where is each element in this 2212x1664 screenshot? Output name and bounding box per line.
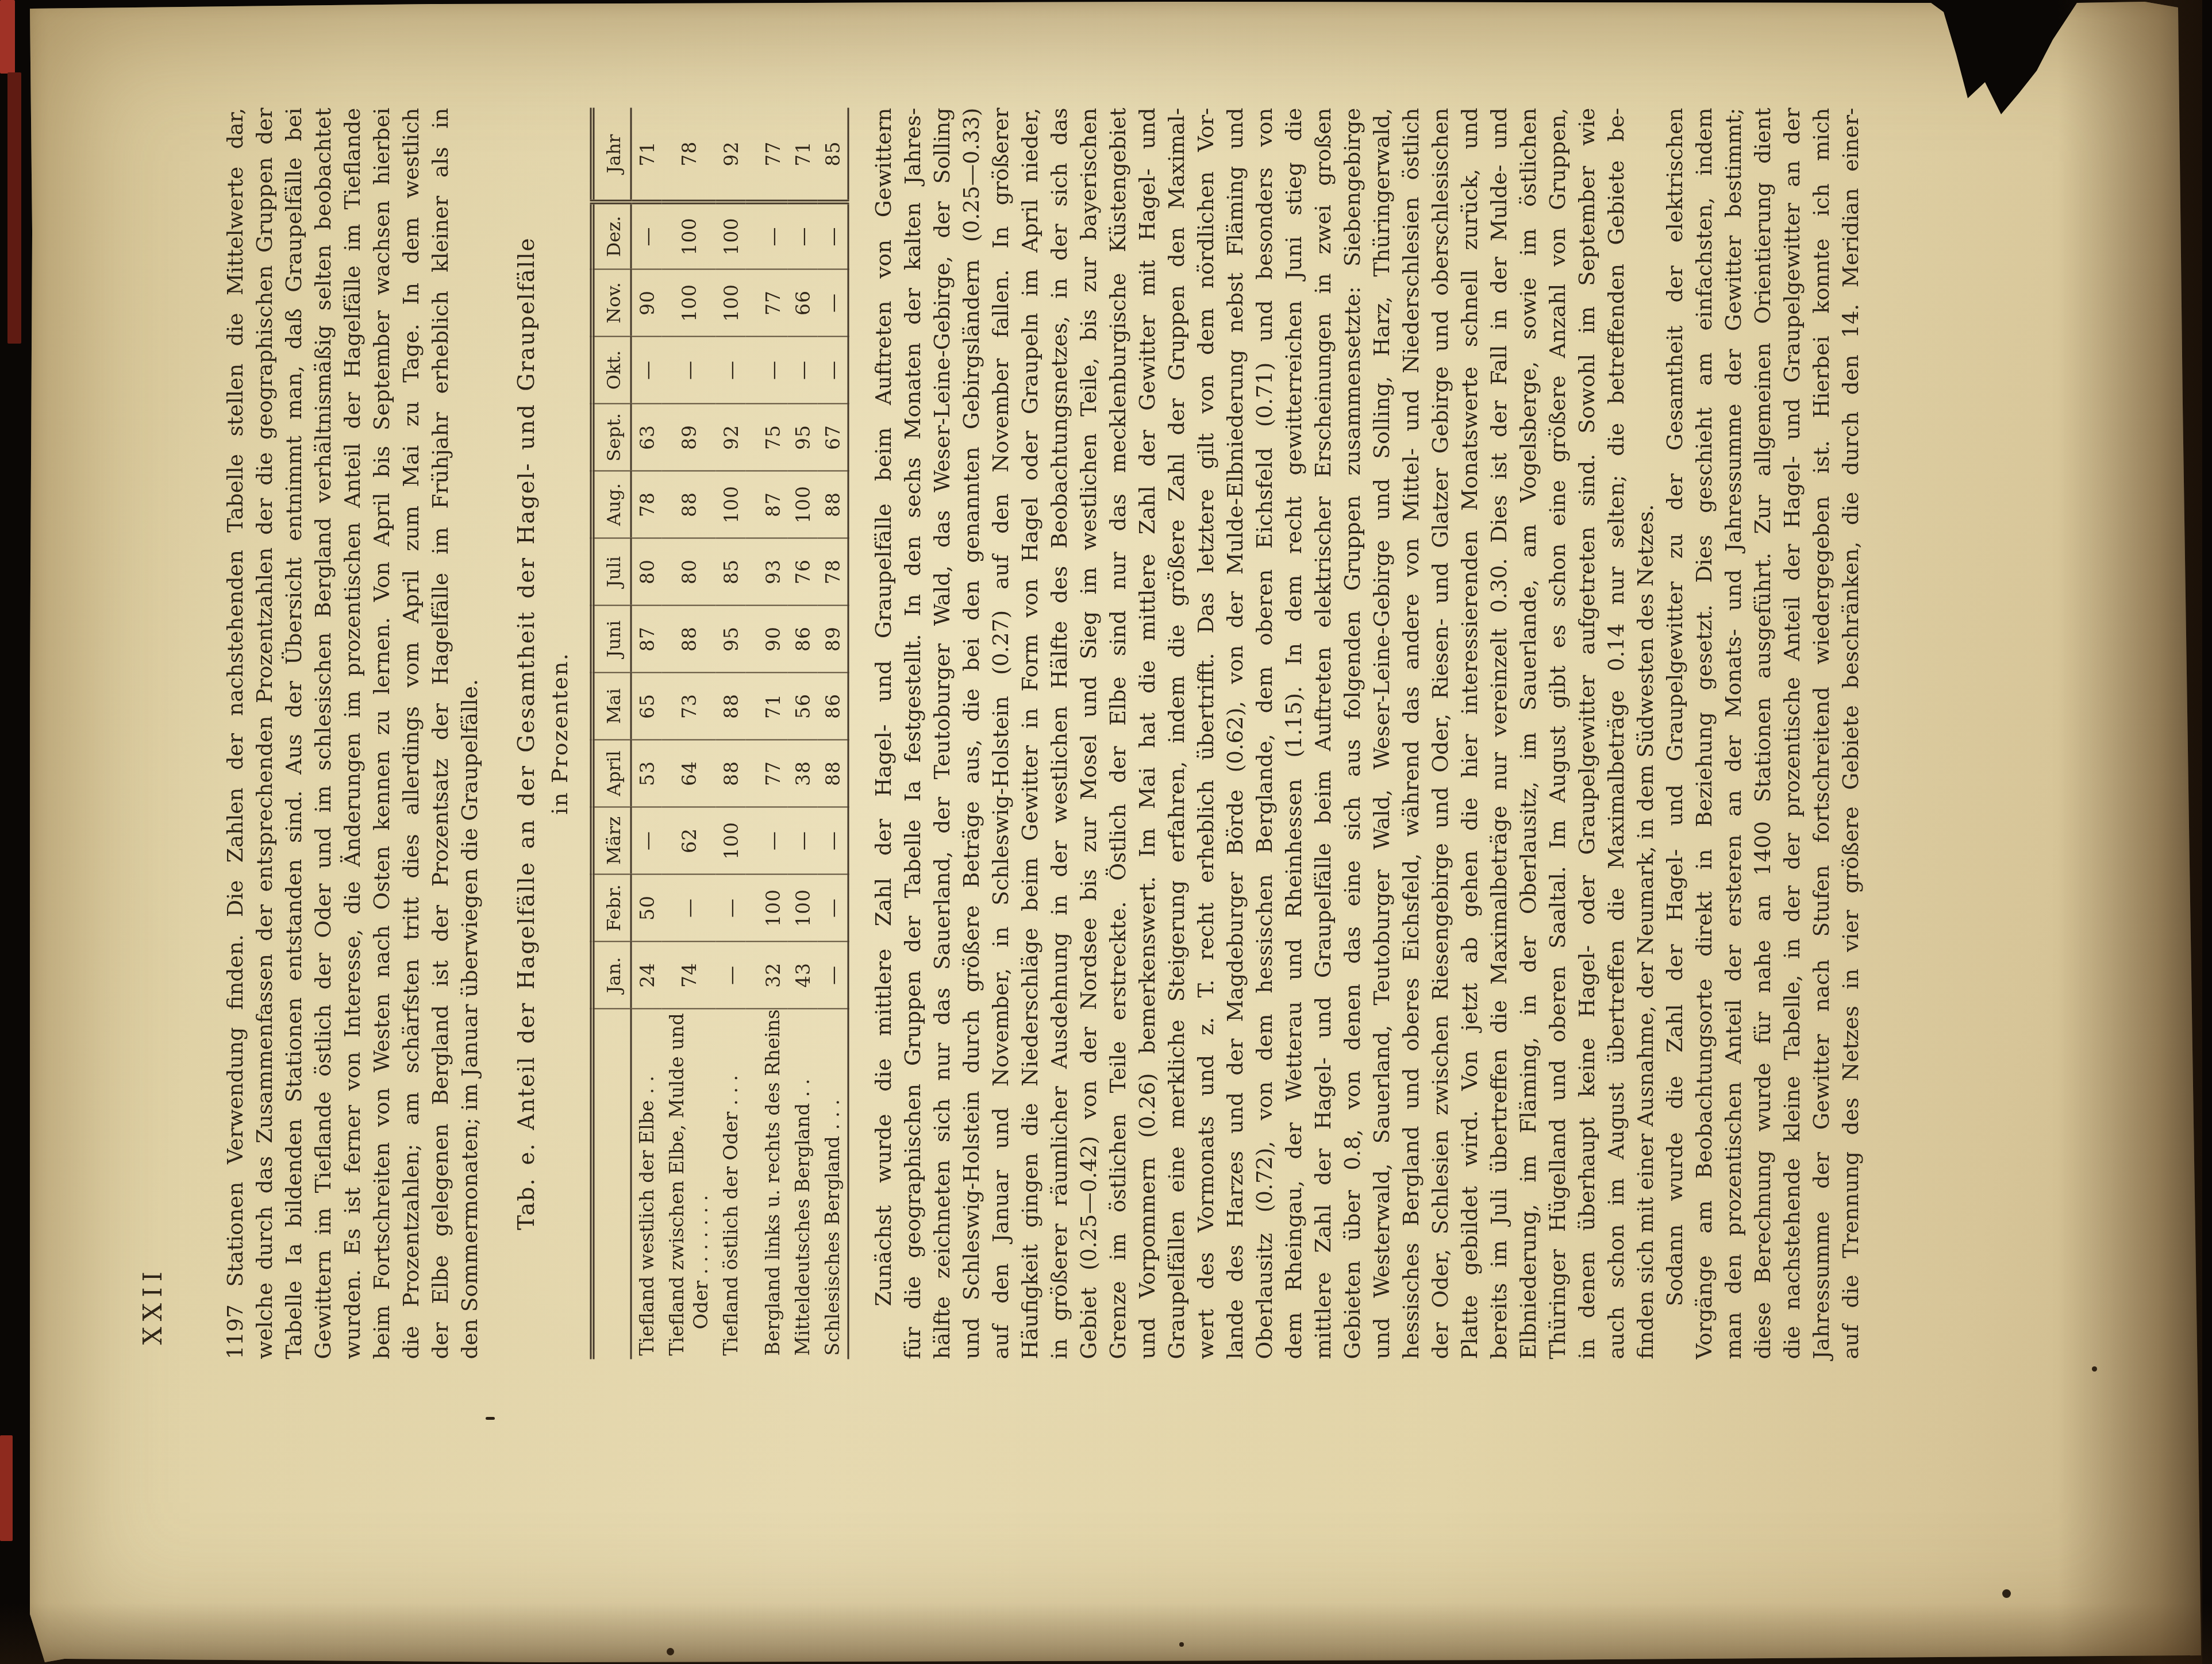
value-cell: — xyxy=(661,874,715,941)
value-cell: 50 xyxy=(631,874,662,941)
column-header: April xyxy=(592,739,631,807)
value-cell: 24 xyxy=(631,941,662,1008)
value-cell: 38 xyxy=(787,739,817,807)
paragraph-1: 1197 Stationen Verwendung finden. Die Za… xyxy=(220,107,484,1359)
text-line: Gebiet (0.25—0.42) von der Nordsee bis z… xyxy=(1074,107,1103,1359)
value-cell: — xyxy=(745,202,787,269)
value-cell: 62 xyxy=(661,807,715,874)
value-cell: 77 xyxy=(745,269,787,336)
text-line: Jahressumme der Gewitter nach Stufen for… xyxy=(1806,107,1836,1359)
value-cell: 63 xyxy=(631,403,662,471)
row-label: Mitteldeutsches Bergland . . xyxy=(787,1008,817,1359)
value-cell: 71 xyxy=(631,107,662,202)
value-cell: 100 xyxy=(715,807,745,874)
value-cell: 100 xyxy=(745,874,787,941)
text-line: diese Berechnung wurde für nahe an 1400 … xyxy=(1748,107,1777,1359)
column-header: Jan. xyxy=(592,941,631,1008)
text-line: für die geographischen Gruppen der Tabel… xyxy=(898,107,927,1359)
value-cell: — xyxy=(817,269,848,336)
value-cell: 95 xyxy=(787,403,817,471)
value-cell: 85 xyxy=(715,538,745,605)
page-number: XXII xyxy=(138,1266,167,1345)
text-line: Vorgänge am Beobachtungsorte direkt in B… xyxy=(1689,107,1718,1359)
value-cell: 73 xyxy=(661,672,715,739)
page-content: XXII 1197 Stationen Verwendung finden. D… xyxy=(0,0,2212,1664)
table-row: Tiefland westlich der Elbe . .2450—53658… xyxy=(631,107,662,1359)
column-header: Juli xyxy=(592,538,631,605)
row-label: Tiefland zwischen Elbe, Mulde undOder . … xyxy=(661,1008,715,1359)
value-cell: — xyxy=(817,941,848,1008)
value-cell: — xyxy=(631,202,662,269)
text-line: und Westerwald, Sauerland, Teutoburger W… xyxy=(1367,107,1396,1359)
text-line: die Prozentzahlen; am schärfsten tritt d… xyxy=(396,107,425,1359)
value-cell: 100 xyxy=(715,269,745,336)
table-row: Tiefland zwischen Elbe, Mulde undOder . … xyxy=(661,107,715,1359)
value-cell: — xyxy=(745,336,787,403)
value-cell: — xyxy=(661,336,715,403)
value-cell: 89 xyxy=(817,605,848,672)
value-cell: — xyxy=(817,874,848,941)
value-cell: 71 xyxy=(745,672,787,739)
text-line: Graupelfällen eine merkliche Steigerung … xyxy=(1161,107,1191,1359)
value-cell: 92 xyxy=(715,403,745,471)
text-line: Tabelle Ia bildenden Stationen entstande… xyxy=(279,107,308,1359)
text-line: Häufigkeit gingen die Niederschläge beim… xyxy=(1015,107,1044,1359)
value-cell: — xyxy=(745,807,787,874)
value-cell: 87 xyxy=(745,471,787,538)
text-line: und Schleswig-Holstein durch größere Bet… xyxy=(956,107,986,1359)
value-cell: 53 xyxy=(631,739,662,807)
value-cell: 76 xyxy=(787,538,817,605)
text-line: bereits im Juli übertreffen die Maximalb… xyxy=(1484,107,1513,1359)
value-cell: 89 xyxy=(661,403,715,471)
value-cell: 88 xyxy=(715,739,745,807)
text-line: auf den Januar und November, in Schleswi… xyxy=(986,107,1015,1359)
text-line: Elbniederung, im Fläming, in der Oberlau… xyxy=(1513,107,1542,1359)
value-cell: — xyxy=(787,807,817,874)
text-line: der Elbe gelegenen Bergland ist der Proz… xyxy=(425,107,455,1359)
text-line: Gebieten über 0.8, von denen das eine si… xyxy=(1337,107,1367,1359)
value-cell: 77 xyxy=(745,107,787,202)
column-header: Febr. xyxy=(592,874,631,941)
table-subtitle: in Prozenten. xyxy=(545,107,574,1359)
value-cell: 90 xyxy=(745,605,787,672)
scanned-book-page: XXII 1197 Stationen Verwendung finden. D… xyxy=(0,0,2212,1664)
value-cell: — xyxy=(787,202,817,269)
column-header: Dez. xyxy=(592,202,631,269)
value-cell: 88 xyxy=(661,471,715,538)
text-line: und Vorpommern (0.26) bemerkenswert. Im … xyxy=(1132,107,1161,1359)
text-line: hälfte zeichneten sich nur das Sauerland… xyxy=(927,107,956,1359)
column-header: Okt. xyxy=(592,336,631,403)
row-label: Bergland links u. rechts des Rheins xyxy=(745,1008,787,1359)
paragraph-2: Zunächst wurde die mittlere Zahl der Hag… xyxy=(868,107,1660,1359)
text-line: Thüringer Hügelland und oberen Saaltal. … xyxy=(1542,107,1572,1359)
value-cell: — xyxy=(817,336,848,403)
text-line: man den prozentischen Anteil der erstere… xyxy=(1718,107,1748,1359)
text-line: Sodann wurde die Zahl der Hagel- und Gra… xyxy=(1660,107,1689,1359)
value-cell: — xyxy=(817,807,848,874)
text-block: 1197 Stationen Verwendung finden. Die Za… xyxy=(220,107,1865,1359)
table-row: Schlesisches Bergland . . .———8886897888… xyxy=(817,107,848,1359)
value-cell: 64 xyxy=(661,739,715,807)
column-header: Aug. xyxy=(592,471,631,538)
value-cell: 88 xyxy=(817,739,848,807)
text-line: den Sommermonaten; im Januar überwiegen … xyxy=(455,107,484,1359)
value-cell: 80 xyxy=(661,538,715,605)
text-line: 1197 Stationen Verwendung finden. Die Za… xyxy=(220,107,249,1359)
text-line: Oberlausitz (0.72), von dem hessischen B… xyxy=(1249,107,1279,1359)
text-line: Zunächst wurde die mittlere Zahl der Hag… xyxy=(868,107,898,1359)
text-line: lande des Harzes und der Magdeburger Bör… xyxy=(1220,107,1249,1359)
column-header: Nov. xyxy=(592,269,631,336)
paragraph-3: Sodann wurde die Zahl der Hagel- und Gra… xyxy=(1660,107,1865,1359)
text-line: welche durch das Zusammenfassen der ents… xyxy=(249,107,279,1359)
row-label: Tiefland westlich der Elbe . . xyxy=(631,1008,662,1359)
value-cell: 77 xyxy=(745,739,787,807)
value-cell: 71 xyxy=(787,107,817,202)
column-header: Mai xyxy=(592,672,631,739)
table-row: Bergland links u. rechts des Rheins32100… xyxy=(745,107,787,1359)
value-cell: 66 xyxy=(787,269,817,336)
value-cell: 88 xyxy=(661,605,715,672)
column-header: März xyxy=(592,807,631,874)
value-cell: 75 xyxy=(745,403,787,471)
text-line: mittlere Zahl der Hagel- und Graupelfäll… xyxy=(1308,107,1337,1359)
value-cell: 74 xyxy=(661,941,715,1008)
text-line: wert des Vormonats und z. T. recht erheb… xyxy=(1191,107,1220,1359)
value-cell: 100 xyxy=(787,874,817,941)
table-header-row: Jan. Febr. März April Mai Juni Juli Aug.… xyxy=(592,107,631,1359)
value-cell: 88 xyxy=(817,471,848,538)
value-cell: 100 xyxy=(787,471,817,538)
text-line: auf die Trennung des Netzes in vier größ… xyxy=(1836,107,1865,1359)
text-line: der Oder, Schlesien zwischen Riesengebir… xyxy=(1425,107,1455,1359)
text-line: Platte gebildet wird. Von jetzt ab gehen… xyxy=(1455,107,1484,1359)
value-cell: 78 xyxy=(631,471,662,538)
value-cell: — xyxy=(715,941,745,1008)
value-cell: 100 xyxy=(661,269,715,336)
text-line: Gewittern im Tieflande östlich der Oder … xyxy=(308,107,337,1359)
column-header-jahr: Jahr xyxy=(592,107,631,202)
value-cell: 95 xyxy=(715,605,745,672)
text-line: die nachstehende kleine Tabelle, in der … xyxy=(1777,107,1806,1359)
value-cell: 80 xyxy=(631,538,662,605)
value-cell: 100 xyxy=(715,202,745,269)
value-cell: — xyxy=(787,336,817,403)
table-title: Tab. e. Anteil der Hagelfälle an der Ges… xyxy=(511,107,541,1359)
value-cell: 65 xyxy=(631,672,662,739)
data-table: Jan. Febr. März April Mai Juni Juli Aug.… xyxy=(590,107,849,1359)
value-cell: 87 xyxy=(631,605,662,672)
value-cell: 100 xyxy=(661,202,715,269)
value-cell: 78 xyxy=(817,538,848,605)
table-row: Tiefland östlich der Oder . . .——1008888… xyxy=(715,107,745,1359)
value-cell: 43 xyxy=(787,941,817,1008)
value-cell: 85 xyxy=(817,107,848,202)
value-cell: 86 xyxy=(787,605,817,672)
text-line: Grenze im östlichen Teile erstreckte. Ös… xyxy=(1103,107,1132,1359)
value-cell: — xyxy=(631,336,662,403)
text-line: beim Fortschreiten von Westen nach Osten… xyxy=(367,107,396,1359)
text-line: hessisches Bergland und oberes Eichsfeld… xyxy=(1396,107,1425,1359)
value-cell: — xyxy=(715,336,745,403)
row-label: Tiefland östlich der Oder . . . xyxy=(715,1008,745,1359)
text-line: in größerer räumlicher Ausdehnung in der… xyxy=(1044,107,1074,1359)
value-cell: — xyxy=(817,202,848,269)
value-cell: 78 xyxy=(661,107,715,202)
text-line: dem Rheingau, der Wetterau und Rheinhess… xyxy=(1279,107,1308,1359)
column-header: Juni xyxy=(592,605,631,672)
text-line: auch schon im August übertreffen die Max… xyxy=(1601,107,1630,1359)
row-label: Schlesisches Bergland . . . xyxy=(817,1008,848,1359)
value-cell: 86 xyxy=(817,672,848,739)
value-cell: 100 xyxy=(715,471,745,538)
table-row: Mitteldeutsches Bergland . .43100—385686… xyxy=(787,107,817,1359)
text-line: wurden. Es ist ferner von Interesse, die… xyxy=(337,107,367,1359)
value-cell: 56 xyxy=(787,672,817,739)
column-header: Sept. xyxy=(592,403,631,471)
value-cell: 32 xyxy=(745,941,787,1008)
text-line: in denen überhaupt keine Hagel- oder Gra… xyxy=(1572,107,1601,1359)
value-cell: 92 xyxy=(715,107,745,202)
value-cell: 88 xyxy=(715,672,745,739)
value-cell: 93 xyxy=(745,538,787,605)
text-line: finden sich mit einer Ausnahme, der Neum… xyxy=(1630,107,1660,1359)
value-cell: — xyxy=(631,807,662,874)
column-header-empty xyxy=(592,1008,631,1359)
value-cell: — xyxy=(715,874,745,941)
value-cell: 90 xyxy=(631,269,662,336)
value-cell: 67 xyxy=(817,403,848,471)
